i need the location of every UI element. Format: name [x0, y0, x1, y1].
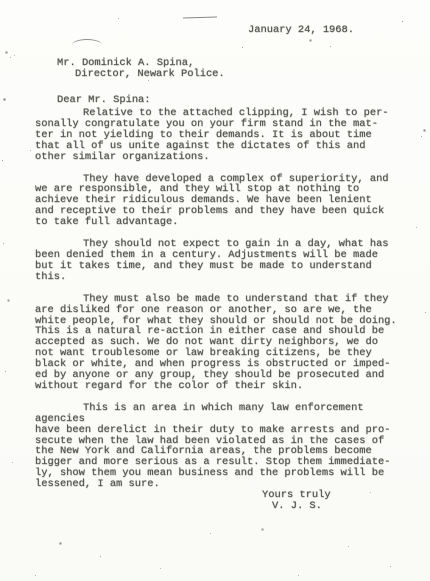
- signature-initials: V. J. S.: [272, 501, 322, 512]
- paragraph-2: They have developed a complex of superio…: [35, 174, 405, 229]
- paragraph-1: Relative to the attached clipping, I wis…: [35, 108, 405, 163]
- scanned-letter-page: January 24, 1968. Mr. Dominick A. Spina,…: [0, 0, 430, 581]
- recipient-title: Director, Newark Police.: [75, 69, 225, 80]
- letter-body: Relative to the attached clipping, I wis…: [35, 108, 405, 501]
- paragraph-3: They should not expect to gain in a day,…: [35, 239, 405, 283]
- scan-noise-speckles: [0, 0, 1, 1]
- scan-dash-artifact: [183, 17, 217, 19]
- paragraph-5: This is an area in which many law enforc…: [35, 403, 405, 490]
- letter-date: January 24, 1968.: [248, 25, 354, 36]
- salutation: Dear Mr. Spina:: [57, 95, 151, 106]
- paragraph-4: They must also be made to understand tha…: [35, 294, 405, 392]
- scan-squiggle-artifact: [72, 39, 102, 45]
